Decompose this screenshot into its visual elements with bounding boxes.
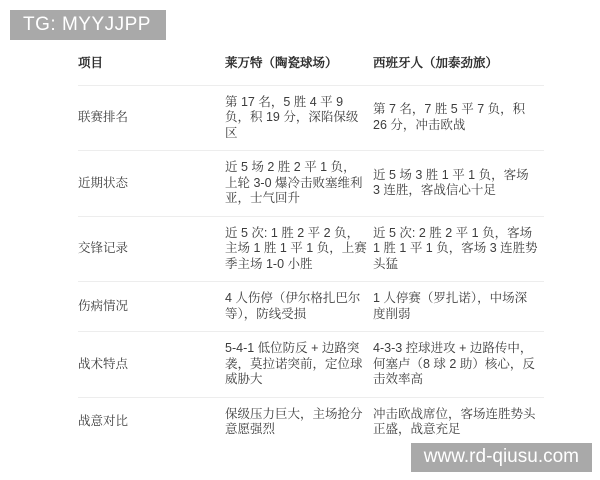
table-row: 战意对比 保级压力巨大，主场抢分意愿强烈 冲击欧战席位，客场连胜势头正盛，战意充… [78, 398, 544, 447]
table-row: 伤病情况 4 人伤停（伊尔格扎巴尔等），防线受损 1 人停赛（罗扎诺），中场深度… [78, 282, 544, 332]
levante-cell: 4 人伤停（伊尔格扎巴尔等），防线受损 [225, 291, 373, 322]
espanyol-cell: 4-3-3 控球进攻 + 边路传中，何塞卢（8 球 2 助）核心，反击效率高 [373, 341, 544, 388]
espanyol-cell: 第 7 名，7 胜 5 平 7 负，积 26 分，冲击欧战 [373, 102, 544, 133]
row-label: 交锋记录 [78, 241, 225, 257]
espanyol-cell: 1 人停赛（罗扎诺），中场深度削弱 [373, 291, 544, 322]
levante-cell: 第 17 名，5 胜 4 平 9 负，积 19 分，深陷保级区 [225, 95, 373, 142]
table-row: 交锋记录 近 5 次: 1 胜 2 平 2 负，主场 1 胜 1 平 1 负，上… [78, 217, 544, 283]
tg-badge: TG: MYYJJPP [10, 10, 166, 40]
levante-cell: 近 5 场 2 胜 2 平 1 负，上轮 3-0 爆冷击败塞维利亚，士气回升 [225, 160, 373, 207]
row-label: 战术特点 [78, 357, 225, 373]
table-row: 联赛排名 第 17 名，5 胜 4 平 9 负，积 19 分，深陷保级区 第 7… [78, 86, 544, 152]
table-row: 近期状态 近 5 场 2 胜 2 平 1 负，上轮 3-0 爆冷击败塞维利亚，士… [78, 151, 544, 217]
watermark-badge: www.rd-qiusu.com [411, 443, 592, 472]
table-row: 战术特点 5-4-1 低位防反 + 边路突袭，莫拉诺突前，定位球威胁大 4-3-… [78, 332, 544, 398]
row-label: 近期状态 [78, 176, 225, 192]
column-header-item: 项目 [78, 56, 225, 72]
espanyol-cell: 冲击欧战席位，客场连胜势头正盛，战意充足 [373, 407, 544, 438]
comparison-table: 项目 莱万特（陶瓷球场） 西班牙人（加泰劲旅） 联赛排名 第 17 名，5 胜 … [78, 45, 544, 447]
levante-cell: 5-4-1 低位防反 + 边路突袭，莫拉诺突前，定位球威胁大 [225, 341, 373, 388]
column-header-levante: 莱万特（陶瓷球场） [225, 56, 373, 72]
table-header-row: 项目 莱万特（陶瓷球场） 西班牙人（加泰劲旅） [78, 45, 544, 86]
row-label: 战意对比 [78, 414, 225, 430]
column-header-espanyol: 西班牙人（加泰劲旅） [373, 56, 544, 72]
row-label: 伤病情况 [78, 299, 225, 315]
page: TG: MYYJJPP 项目 莱万特（陶瓷球场） 西班牙人（加泰劲旅） 联赛排名… [0, 0, 600, 480]
levante-cell: 近 5 次: 1 胜 2 平 2 负，主场 1 胜 1 平 1 负，上赛季主场 … [225, 226, 373, 273]
espanyol-cell: 近 5 次: 2 胜 2 平 1 负，客场 1 胜 1 平 1 负，客场 3 连… [373, 226, 544, 273]
espanyol-cell: 近 5 场 3 胜 1 平 1 负，客场 3 连胜，客战信心十足 [373, 168, 544, 199]
row-label: 联赛排名 [78, 110, 225, 126]
levante-cell: 保级压力巨大，主场抢分意愿强烈 [225, 407, 373, 438]
